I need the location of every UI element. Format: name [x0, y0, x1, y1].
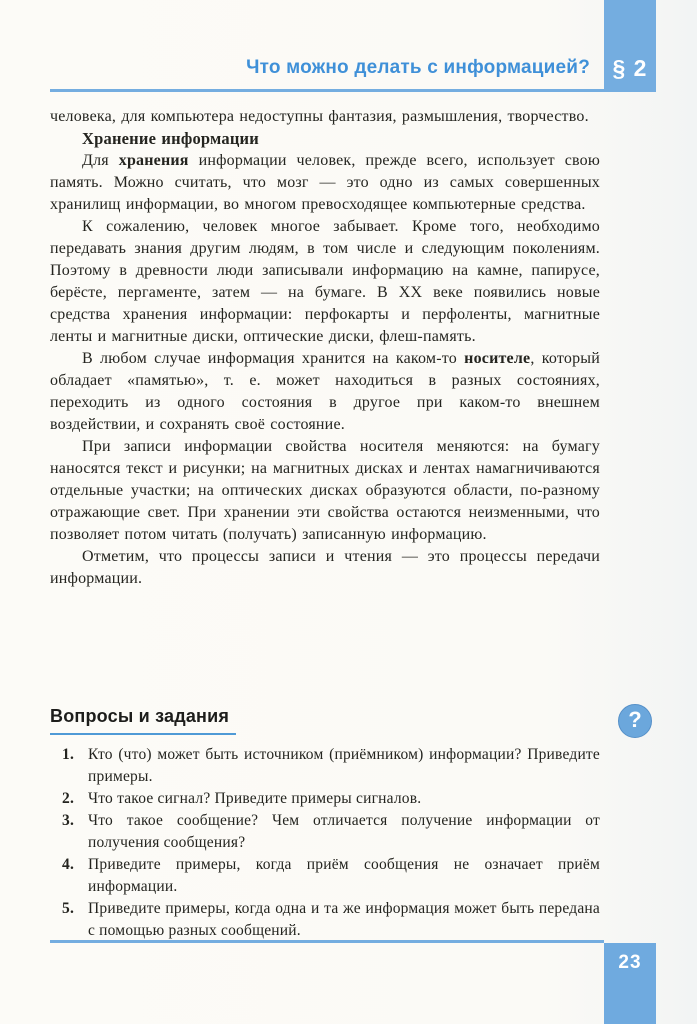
- question-item: 5. Приведите примеры, когда одна и та же…: [50, 898, 600, 942]
- question-number: 2.: [62, 788, 74, 810]
- question-text: Приведите примеры, когда приём сообщения…: [88, 856, 600, 895]
- paragraph: Отметим, что процессы записи и чтения — …: [50, 546, 600, 590]
- section-badge: § 2: [604, 0, 656, 92]
- question-number: 3.: [62, 810, 74, 832]
- page-number-badge: 23: [604, 943, 656, 1024]
- question-item: 2. Что такое сигнал? Приведите примеры с…: [50, 788, 600, 810]
- paragraph: К сожалению, человек многое забывает. Кр…: [50, 216, 600, 348]
- question-number: 4.: [62, 854, 74, 876]
- question-text: Кто (что) может быть источником (приёмни…: [88, 746, 600, 785]
- question-mark-icon: ?: [618, 704, 652, 738]
- question-item: 4. Приведите примеры, когда приём сообще…: [50, 854, 600, 898]
- question-item: 1. Кто (что) может быть источником (приё…: [50, 744, 600, 788]
- questions-heading-underline: [50, 733, 236, 735]
- question-text: Что такое сигнал? Приведите примеры сигн…: [88, 790, 421, 807]
- question-item: 3. Что такое сообщение? Чем отличается п…: [50, 810, 600, 854]
- questions-heading: Вопросы и задания: [50, 706, 229, 727]
- footer-rule: [50, 940, 604, 943]
- questions-list: 1. Кто (что) может быть источником (приё…: [50, 744, 600, 942]
- question-text: Что такое сообщение? Чем отличается полу…: [88, 812, 600, 851]
- header-rule: [50, 89, 604, 92]
- subsection-heading: Хранение информации: [50, 128, 600, 150]
- body-content: человека, для компьютера недоступны фант…: [50, 106, 600, 590]
- paragraph: В любом случае информация хранится на ка…: [50, 348, 600, 436]
- textbook-page: Что можно делать с информацией? § 2 чело…: [0, 0, 697, 1024]
- page-header-title: Что можно делать с информацией?: [50, 57, 590, 79]
- question-number: 1.: [62, 744, 74, 766]
- question-text: Приведите примеры, когда одна и та же ин…: [88, 900, 600, 939]
- paragraph: Для хранения информации человек, прежде …: [50, 150, 600, 216]
- paragraph-continuation: человека, для компьютера недоступны фант…: [50, 106, 600, 128]
- paragraph: При записи информации свойства носителя …: [50, 436, 600, 546]
- question-number: 5.: [62, 898, 74, 920]
